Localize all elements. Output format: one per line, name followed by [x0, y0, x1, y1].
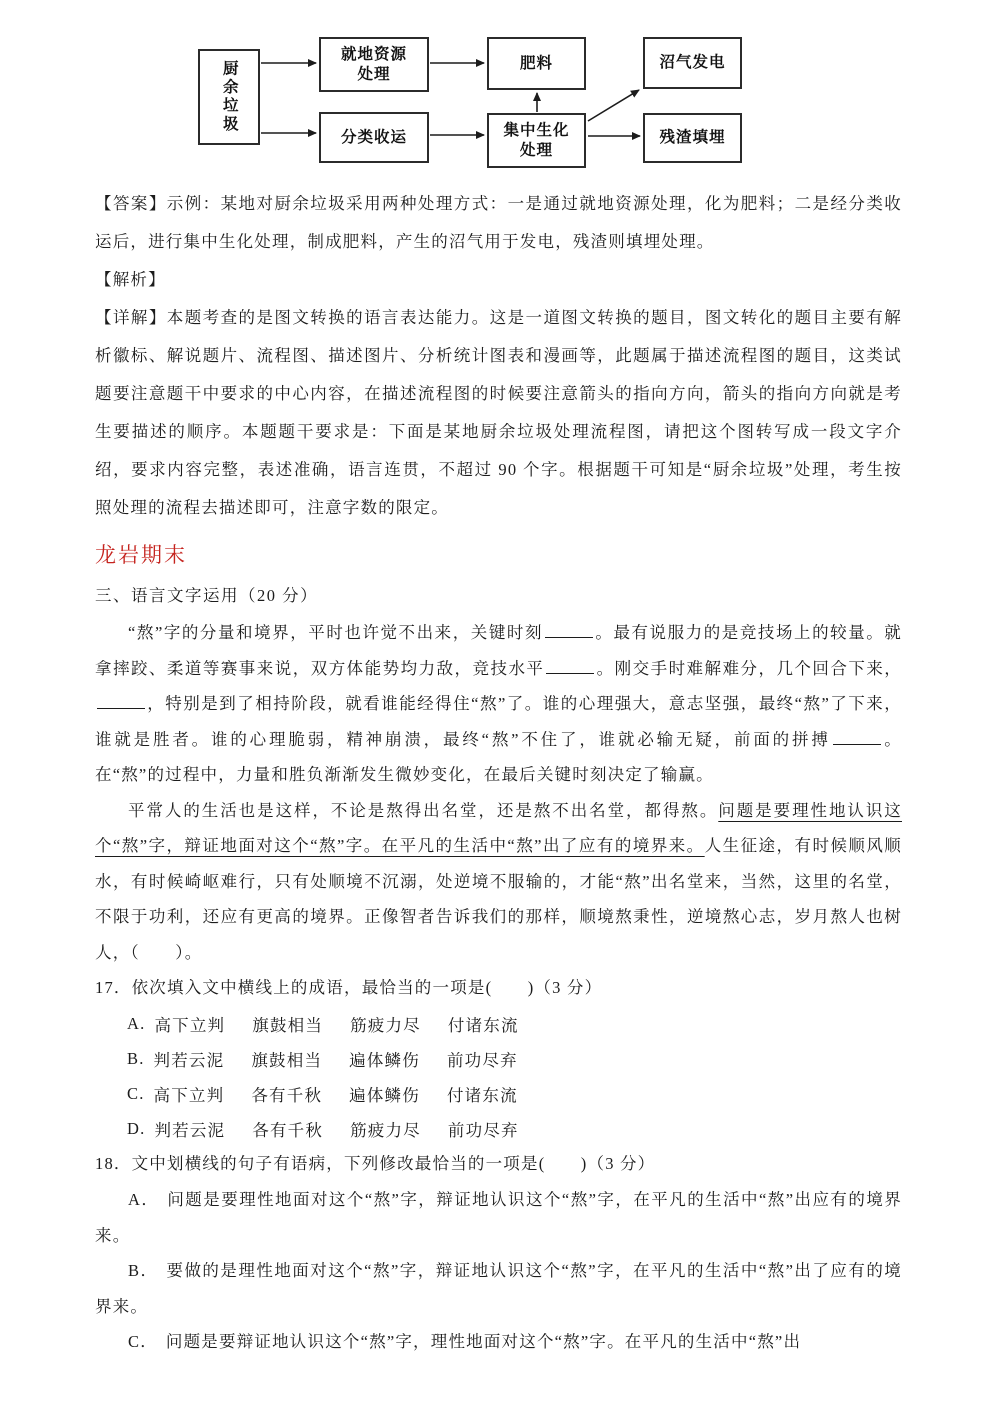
idiom: 遍体鳞伤 [349, 1047, 420, 1071]
node-label: 处理 [357, 65, 390, 84]
analysis-label: 【解析】 [95, 261, 902, 299]
node-residue-landfill: 残渣填埋 [643, 113, 742, 163]
blank-line-3 [97, 707, 145, 709]
idiom: 前功尽弃 [447, 1047, 518, 1071]
node-onsite-processing: 就地资源 处理 [319, 37, 429, 92]
idiom: 判若云泥 [154, 1117, 225, 1141]
answer-paragraph: 【答案】示例：某地对厨余垃圾采用两种处理方式：一是通过就地资源处理，化为肥料；二… [95, 185, 902, 261]
exam-source-heading: 龙岩期末 [95, 533, 902, 577]
node-label: 分类收运 [341, 128, 407, 147]
option-label: D. [127, 1119, 145, 1139]
document-body: 【答案】示例：某地对厨余垃圾采用两种处理方式：一是通过就地资源处理，化为肥料；二… [95, 185, 902, 1360]
answer-text: 示例：某地对厨余垃圾采用两种处理方式：一是通过就地资源处理，化为肥料；二是经分类… [95, 194, 902, 251]
passage-paragraph-2: 平常人的生活也是这样，不论是熬得出名堂，还是熬不出名堂，都得熬。问题是要理性地认… [95, 793, 902, 971]
node-sorting-transport: 分类收运 [319, 112, 429, 163]
idiom: 遍体鳞伤 [349, 1082, 420, 1106]
idiom: 旗鼓相当 [252, 1012, 323, 1036]
idiom: 前功尽弃 [448, 1117, 519, 1141]
node-label: 就地资源 [341, 45, 407, 64]
passage-text: ，特别是到了相持阶段，就看谁能经得住“熬”了。谁的心理强大，意志坚强，最终“熬”… [95, 694, 902, 749]
node-label: 处理 [520, 141, 553, 160]
q17-option-b: B. 判若云泥 旗鼓相当 遍体鳞伤 前功尽弃 [95, 1041, 902, 1076]
option-label: A． [128, 1190, 159, 1209]
document-page: 厨余垃圾 就地资源 处理 分类收运 肥料 集中生化 处理 沼气发电 残渣填埋 【… [0, 0, 992, 1403]
idiom: 付诸东流 [447, 1082, 518, 1106]
idiom: 判若云泥 [154, 1047, 225, 1071]
option-label: B． [128, 1261, 158, 1280]
idiom: 筋疲力尽 [350, 1012, 421, 1036]
node-fertilizer: 肥料 [487, 37, 586, 90]
node-biogas-power: 沼气发电 [643, 37, 742, 89]
q17-option-c: C. 高下立判 各有千秋 遍体鳞伤 付诸东流 [95, 1076, 902, 1111]
idiom: 筋疲力尽 [350, 1117, 421, 1141]
node-label: 厨余垃圾 [219, 60, 238, 134]
q17-option-d: D. 判若云泥 各有千秋 筋疲力尽 前功尽弃 [95, 1111, 902, 1146]
option-text: 问题是要理性地面对这个“熬”字，辩证地认识这个“熬”字，在平凡的生活中“熬”出应… [95, 1190, 902, 1245]
idiom: 各有千秋 [251, 1082, 322, 1106]
detail-text: 本题考查的是图文转换的语言表达能力。这是一道图文转换的题目，图文转化的题目主要有… [95, 308, 902, 517]
q18-option-c: C．问题是要辩证地认识这个“熬”字，理性地面对这个“熬”字。在平凡的生活中“熬”… [95, 1324, 902, 1360]
node-label: 残渣填埋 [659, 128, 725, 147]
idiom: 各有千秋 [252, 1117, 323, 1141]
question-18-title: 18．文中划横线的句子有语病，下列修改最恰当的一项是( )（3 分） [95, 1146, 902, 1182]
option-label: C. [127, 1084, 145, 1104]
passage-text: “熬”字的分量和境界，平时也许觉不出来，关键时刻 [128, 623, 543, 642]
detail-paragraph: 【详解】本题考查的是图文转换的语言表达能力。这是一道图文转换的题目，图文转化的题… [95, 299, 902, 527]
section-heading: 三、语言文字运用（20 分） [95, 577, 902, 615]
idiom: 高下立判 [154, 1082, 225, 1106]
flowchart: 厨余垃圾 就地资源 处理 分类收运 肥料 集中生化 处理 沼气发电 残渣填埋 [0, 0, 992, 185]
blank-line-1 [545, 636, 593, 638]
question-17-title: 17．依次填入文中横线上的成语，最恰当的一项是( )（3 分） [95, 970, 902, 1006]
node-label: 沼气发电 [659, 53, 725, 72]
option-text: 问题是要辩证地认识这个“熬”字，理性地面对这个“熬”字。在平凡的生活中“熬”出 [166, 1332, 801, 1351]
node-label: 肥料 [520, 54, 553, 73]
option-label: B. [127, 1049, 145, 1069]
arrow-biochem-to-biogas [588, 90, 639, 121]
node-kitchen-waste: 厨余垃圾 [198, 49, 260, 145]
q18-option-a: A．问题是要理性地面对这个“熬”字，辩证地认识这个“熬”字，在平凡的生活中“熬”… [95, 1182, 902, 1253]
node-label: 集中生化 [503, 121, 569, 140]
passage-paragraph-1: “熬”字的分量和境界，平时也许觉不出来，关键时刻。最有说服力的是竞技场上的较量。… [95, 615, 902, 793]
passage-text: 平常人的生活也是这样，不论是熬得出名堂，还是熬不出名堂，都得熬。 [128, 801, 718, 820]
node-biochemical-treatment: 集中生化 处理 [487, 113, 586, 168]
passage-text: 。刚交手时难解难分，几个回合下来， [596, 659, 902, 678]
detail-label: 【详解】 [95, 308, 167, 327]
answer-label: 【答案】 [95, 194, 167, 213]
idiom: 付诸东流 [448, 1012, 519, 1036]
option-label: C． [128, 1332, 158, 1351]
q17-option-a: A. 高下立判 旗鼓相当 筋疲力尽 付诸东流 [95, 1006, 902, 1041]
option-text: 要做的是理性地面对这个“熬”字，辩证地认识这个“熬”字，在平凡的生活中“熬”出了… [95, 1261, 902, 1316]
idiom: 旗鼓相当 [251, 1047, 322, 1071]
blank-line-4 [833, 743, 881, 745]
blank-line-2 [546, 672, 594, 674]
idiom: 高下立判 [154, 1012, 225, 1036]
option-label: A. [127, 1014, 145, 1034]
q18-option-b: B．要做的是理性地面对这个“熬”字，辩证地认识这个“熬”字，在平凡的生活中“熬”… [95, 1253, 902, 1324]
